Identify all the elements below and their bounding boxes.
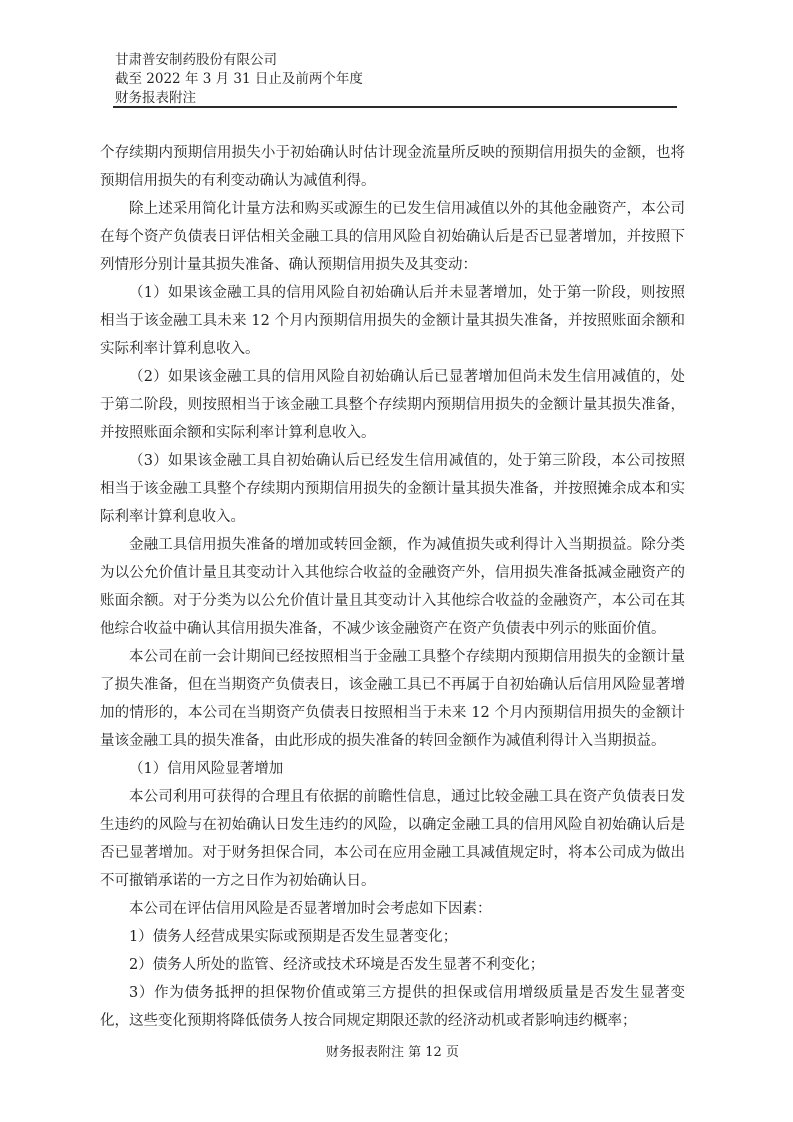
- document-body: 个存续期内预期信用损失小于初始确认时估计现金流量所反映的预期信用损失的金额，也将…: [100, 139, 685, 1035]
- paragraph-continuation: 个存续期内预期信用损失小于初始确认时估计现金流量所反映的预期信用损失的金额，也将…: [100, 139, 685, 195]
- paragraph-forward-looking: 本公司利用可获得的合理且有依据的前瞻性信息，通过比较金融工具在资产负债表日发生违…: [100, 783, 685, 895]
- header-divider: [113, 106, 677, 108]
- report-period: 截至 2022 年 3 月 31 日止及前两个年度: [115, 70, 363, 89]
- paragraph-stage-2: （2）如果该金融工具的信用风险自初始确认后已显著增加但尚未发生信用减值的，处于第…: [100, 363, 685, 447]
- paragraph-factors-intro: 本公司在评估信用风险是否显著增加时会考虑如下因素：: [100, 895, 685, 923]
- list-item-factor-2: 2）债务人所处的监管、经济或技术环境是否发生显著不利变化；: [100, 951, 685, 979]
- document-page: 甘肃普安制药股份有限公司 截至 2022 年 3 月 31 日止及前两个年度 财…: [0, 0, 793, 1122]
- page-footer: 财务报表附注 第 12 页: [100, 1044, 685, 1062]
- list-item-factor-3: 3）作为债务抵押的担保物价值或第三方提供的担保或信用增级质量是否发生显著变化，这…: [100, 979, 685, 1035]
- list-item-factor-1: 1）债务人经营成果实际或预期是否发生显著变化；: [100, 923, 685, 951]
- page-number: 财务报表附注 第 12 页: [326, 1045, 459, 1060]
- paragraph-loss-provision: 金融工具信用损失准备的增加或转回金额，作为减值损失或利得计入当期损益。除分类为以…: [100, 531, 685, 643]
- paragraph-stage-3: （3）如果该金融工具自初始确认后已经发生信用减值的，处于第三阶段，本公司按照相当…: [100, 447, 685, 531]
- paragraph-general-assessment: 除上述采用简化计量方法和购买或源生的已发生信用减值以外的其他金融资产，本公司在每…: [100, 195, 685, 279]
- page-header: 甘肃普安制药股份有限公司 截至 2022 年 3 月 31 日止及前两个年度 财…: [115, 51, 363, 108]
- paragraph-prior-period: 本公司在前一会计期间已经按照相当于金融工具整个存续期内预期信用损失的金额计量了损…: [100, 643, 685, 755]
- company-name: 甘肃普安制药股份有限公司: [115, 51, 363, 70]
- subheading-credit-risk-increase: （1）信用风险显著增加: [100, 755, 685, 783]
- paragraph-stage-1: （1）如果该金融工具的信用风险自初始确认后并未显著增加，处于第一阶段，则按照相当…: [100, 279, 685, 363]
